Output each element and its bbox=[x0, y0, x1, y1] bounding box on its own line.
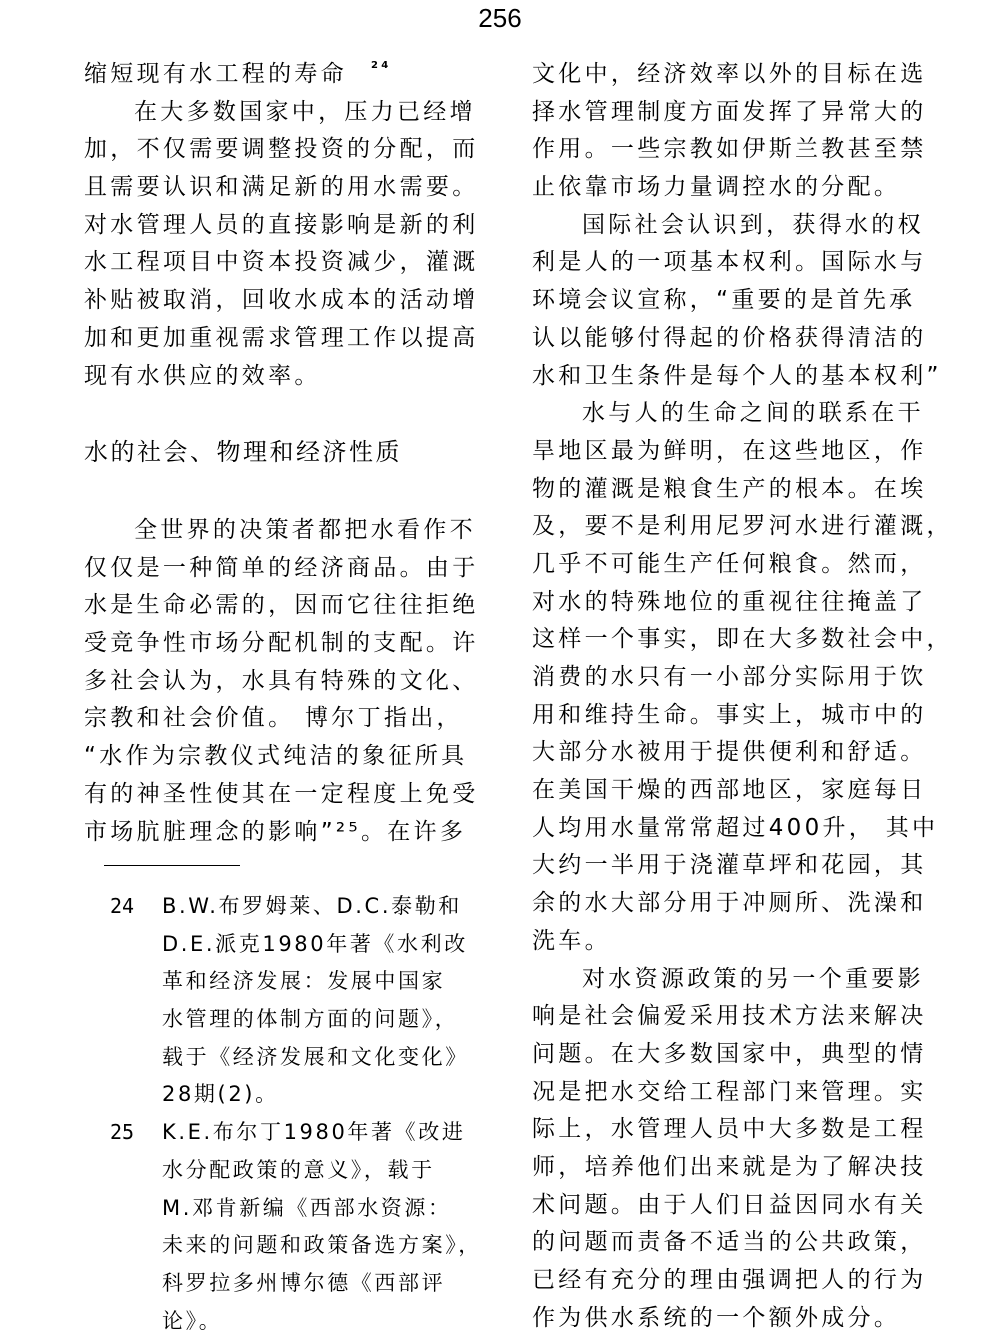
text-line: 缩短现有水工程的寿命24 bbox=[84, 56, 484, 94]
text-line: 旱地区最为鲜明，在这些地区，作 bbox=[532, 433, 932, 471]
footnote-separator bbox=[104, 865, 240, 866]
text-line: 洗车。 bbox=[532, 923, 932, 961]
text-line: 仅仅是一种简单的经济商品。由于 bbox=[84, 550, 504, 588]
left-column-paragraph-2: 全世界的决策者都把水看作不 仅仅是一种简单的经济商品。由于 水是生命必需的，因而… bbox=[84, 512, 504, 851]
text-line: 认以能够付得起的价格获得清洁的 bbox=[532, 320, 932, 358]
text-line: 国际社会认识到，获得水的权 bbox=[532, 207, 932, 245]
footnotes: 24 B.W.布罗姆莱、D.C.泰勒和 D.E.派克1980年著《水利改 革和经… bbox=[110, 888, 530, 1340]
text-line: 况是把水交给工程部门来管理。实 bbox=[532, 1074, 932, 1112]
footnote-line: 载于《经济发展和文化变化》 bbox=[162, 1039, 530, 1077]
footnote-number: 25 bbox=[110, 1114, 150, 1152]
left-column-paragraph-1: 缩短现有水工程的寿命24 在大多数国家中，压力已经增 加，不仅需要调整投资的分配… bbox=[84, 56, 484, 395]
text-line: 在美国干燥的西部地区，家庭每日 bbox=[532, 772, 932, 810]
text-line: 水与人的生命之间的联系在干 bbox=[532, 395, 932, 433]
text-line: 补贴被取消，回收水成本的活动增 bbox=[84, 282, 484, 320]
footnote-line: 革和经济发展：发展中国家 bbox=[162, 963, 530, 1001]
text-line: 对水管理人员的直接影响是新的利 bbox=[84, 207, 484, 245]
text-line: 的问题而责备不适当的公共政策， bbox=[532, 1224, 932, 1262]
text-line: “水作为宗教仪式纯洁的象征所具 bbox=[84, 738, 504, 776]
text-line: 且需要认识和满足新的用水需要。 bbox=[84, 169, 484, 207]
text-line: 人均用水量常常超过400升， 其中 bbox=[532, 810, 932, 848]
text-line: 加和更加重视需求管理工作以提高 bbox=[84, 320, 484, 358]
footnote-ref[interactable]: 24 bbox=[371, 60, 392, 71]
text-line: 用和维持生命。事实上，城市中的 bbox=[532, 697, 932, 735]
footnote-line: 论》。 bbox=[162, 1303, 530, 1341]
text-line: 利是人的一项基本权利。国际水与 bbox=[532, 244, 932, 282]
text-line: 物的灌溉是粮食生产的根本。在埃 bbox=[532, 471, 932, 509]
text-line: 际上，水管理人员中大多数是工程 bbox=[532, 1111, 932, 1149]
text-line: 大部分水被用于提供便利和舒适。 bbox=[532, 734, 932, 772]
footnote-line: 水分配政策的意义》，载于 bbox=[162, 1152, 530, 1190]
text-line: 择水管理制度方面发挥了异常大的 bbox=[532, 94, 932, 132]
text-line: 市场肮脏理念的影响”²⁵。在许多 bbox=[84, 814, 504, 852]
footnote-line: B.W.布罗姆莱、D.C.泰勒和 bbox=[162, 888, 530, 926]
footnote-24: 24 B.W.布罗姆莱、D.C.泰勒和 D.E.派克1980年著《水利改 革和经… bbox=[110, 888, 530, 1114]
text-line: 水是生命必需的，因而它往往拒绝 bbox=[84, 587, 504, 625]
text-line: 多社会认为，水具有特殊的文化、 bbox=[84, 663, 504, 701]
footnote-line: 科罗拉多州博尔德《西部评 bbox=[162, 1265, 530, 1303]
footnote-25: 25 K.E.布尔丁1980年著《改进 水分配政策的意义》，载于 M.邓肯新编《… bbox=[110, 1114, 530, 1340]
text-line: 作为供水系统的一个额外成分。 bbox=[532, 1300, 932, 1338]
text-line: 加，不仅需要调整投资的分配，而 bbox=[84, 131, 484, 169]
text-line: 大约一半用于浇灌草坪和花园，其 bbox=[532, 847, 932, 885]
footnote-line: M.邓肯新编《西部水资源： bbox=[162, 1190, 530, 1228]
text-line: 有的神圣性使其在一定程度上免受 bbox=[84, 776, 504, 814]
text-line: 在大多数国家中，压力已经增 bbox=[84, 94, 484, 132]
text-line: 全世界的决策者都把水看作不 bbox=[84, 512, 504, 550]
footnote-line: 未来的问题和政策备选方案》， bbox=[162, 1227, 530, 1265]
section-heading: 水的社会、物理和经济性质 bbox=[84, 434, 402, 470]
text-line: 水和卫生条件是每个人的基本权利” bbox=[532, 358, 932, 396]
text-line: 对水资源政策的另一个重要影 bbox=[532, 961, 932, 999]
text-line: 现有水供应的效率。 bbox=[84, 358, 484, 396]
text-line: 余的水大部分用于冲厕所、洗澡和 bbox=[532, 885, 932, 923]
text-line: 几乎不可能生产任何粮食。然而， bbox=[532, 546, 932, 584]
text-line: 止依靠市场力量调控水的分配。 bbox=[532, 169, 932, 207]
text-line: 消费的水只有一小部分实际用于饮 bbox=[532, 659, 932, 697]
footnote-line: 水管理的体制方面的问题》， bbox=[162, 1001, 530, 1039]
text-line: 及，要不是利用尼罗河水进行灌溉， bbox=[532, 508, 932, 546]
text-line: 对水的特殊地位的重视往往掩盖了 bbox=[532, 584, 932, 622]
page-number: 256 bbox=[0, 2, 1000, 34]
text-line: 响是社会偏爱采用技术方法来解决 bbox=[532, 998, 932, 1036]
text-line: 术问题。由于人们日益因同水有关 bbox=[532, 1187, 932, 1225]
right-column: 文化中，经济效率以外的目标在选择水管理制度方面发挥了异常大的作用。一些宗教如伊斯… bbox=[532, 56, 932, 1337]
footnote-line: D.E.派克1980年著《水利改 bbox=[162, 926, 530, 964]
text-line: 作用。一些宗教如伊斯兰教甚至禁 bbox=[532, 131, 932, 169]
text-line: 已经有充分的理由强调把人的行为 bbox=[532, 1262, 932, 1300]
text-line: 这样一个事实，即在大多数社会中， bbox=[532, 621, 932, 659]
text-line: 文化中，经济效率以外的目标在选 bbox=[532, 56, 932, 94]
footnote-line: K.E.布尔丁1980年著《改进 bbox=[162, 1114, 530, 1152]
footnote-number: 24 bbox=[110, 888, 150, 926]
text-line: 宗教和社会价值。 博尔丁指出， bbox=[84, 700, 504, 738]
text-line: 问题。在大多数国家中，典型的情 bbox=[532, 1036, 932, 1074]
text-line: 水工程项目中资本投资减少，灌溉 bbox=[84, 244, 484, 282]
text-line: 环境会议宣称，“重要的是首先承 bbox=[532, 282, 932, 320]
footnote-line: 28期(2)。 bbox=[162, 1076, 530, 1114]
text-line: 师，培养他们出来就是为了解决技 bbox=[532, 1149, 932, 1187]
text-line: 受竞争性市场分配机制的支配。许 bbox=[84, 625, 504, 663]
